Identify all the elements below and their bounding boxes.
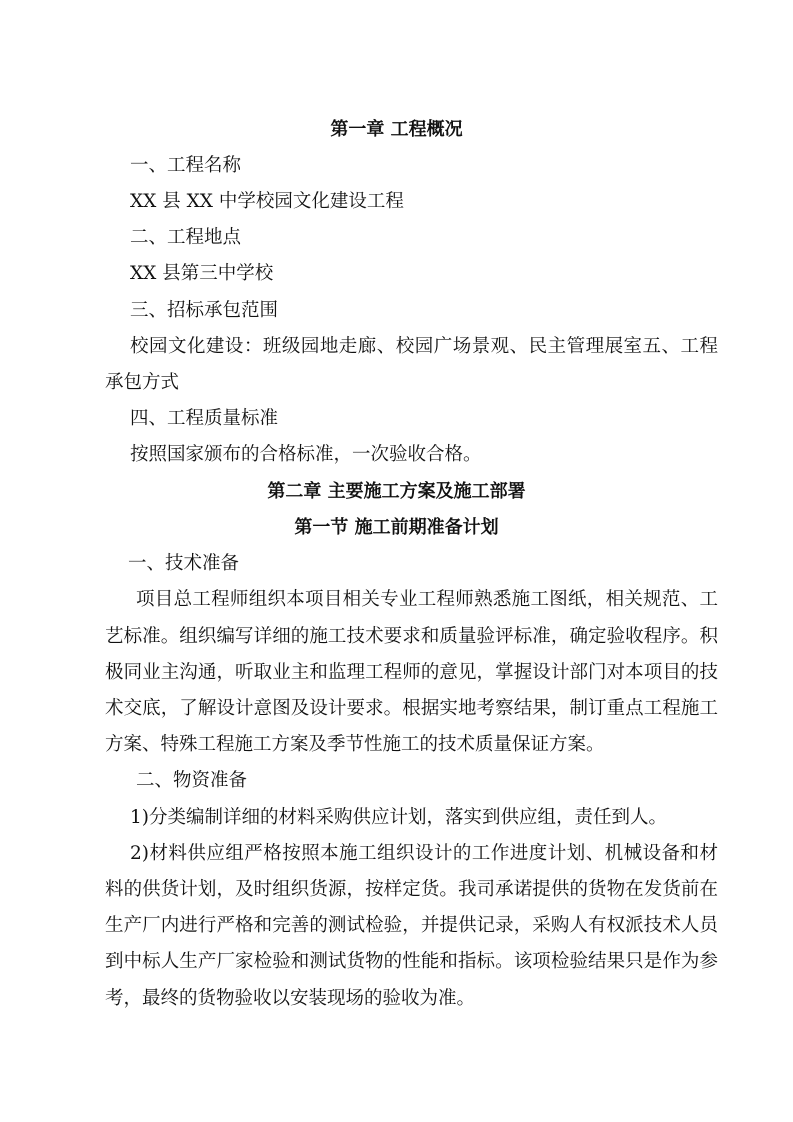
material-prep-heading: 二、物资准备 <box>136 770 247 792</box>
section-heading-scope: 三、招标承包范围 <box>130 300 278 322</box>
material-item-2-line: 到中标人生产厂家检验和测试货物的性能和指标。该项检验结果只是作为参 <box>105 951 718 973</box>
material-item-2-line: 考，最终的货物验收以安装现场的验收为准。 <box>105 988 475 1010</box>
material-item-1: 1)分类编制详细的材料采购供应计划，落实到供应组，责任到人。 <box>130 807 667 829</box>
tech-paragraph-line: 极同业主沟通，听取业主和监理工程师的意见，掌握设计部门对本项目的技 <box>105 662 718 684</box>
tech-prep-heading: 一、技术准备 <box>128 553 239 575</box>
chapter2-title: 第二章 主要施工方案及施工部署 <box>0 481 793 503</box>
tech-paragraph-line: 方案、特殊工程施工方案及季节性施工的技术质量保证方案。 <box>105 734 605 756</box>
section1-title: 第一节 施工前期准备计划 <box>0 517 793 539</box>
scope-text-line2: 承包方式 <box>105 372 179 394</box>
quality-standard-text: 按照国家颁布的合格标准，一次验收合格。 <box>130 444 482 466</box>
tech-paragraph-line: 术交底，了解设计意图及设计要求。根据实地考察结果，制订重点工程施工 <box>105 698 718 720</box>
scope-text-line1: 校园文化建设：班级园地走廊、校园广场景观、民主管理展室五、工程 <box>130 336 718 358</box>
tech-paragraph-line: 项目总工程师组织本项目相关专业工程师熟悉施工图纸，相关规范、工 <box>136 589 718 611</box>
tech-paragraph-line: 艺标准。组织编写详细的施工技术要求和质量验评标准，确定验收程序。积 <box>105 626 718 648</box>
section-heading-location: 二、工程地点 <box>130 227 241 249</box>
section-heading-quality: 四、工程质量标准 <box>130 408 278 430</box>
chapter1-title: 第一章 工程概况 <box>0 119 793 141</box>
material-item-2-line: 料的供货计划，及时组织货源，按样定货。我司承诺提供的货物在发货前在 <box>105 879 718 901</box>
project-location: XX 县第三中学校 <box>130 263 273 285</box>
material-item-2-line: 生产厂内进行严格和完善的测试检验，并提供记录，采购人有权派技术人员 <box>105 915 718 937</box>
section-heading-project-name: 一、工程名称 <box>130 155 241 177</box>
material-item-2-line: 2)材料供应组严格按照本施工组织设计的工作进度计划、机械设备和材 <box>130 843 718 865</box>
project-name: XX 县 XX 中学校园文化建设工程 <box>130 191 404 213</box>
